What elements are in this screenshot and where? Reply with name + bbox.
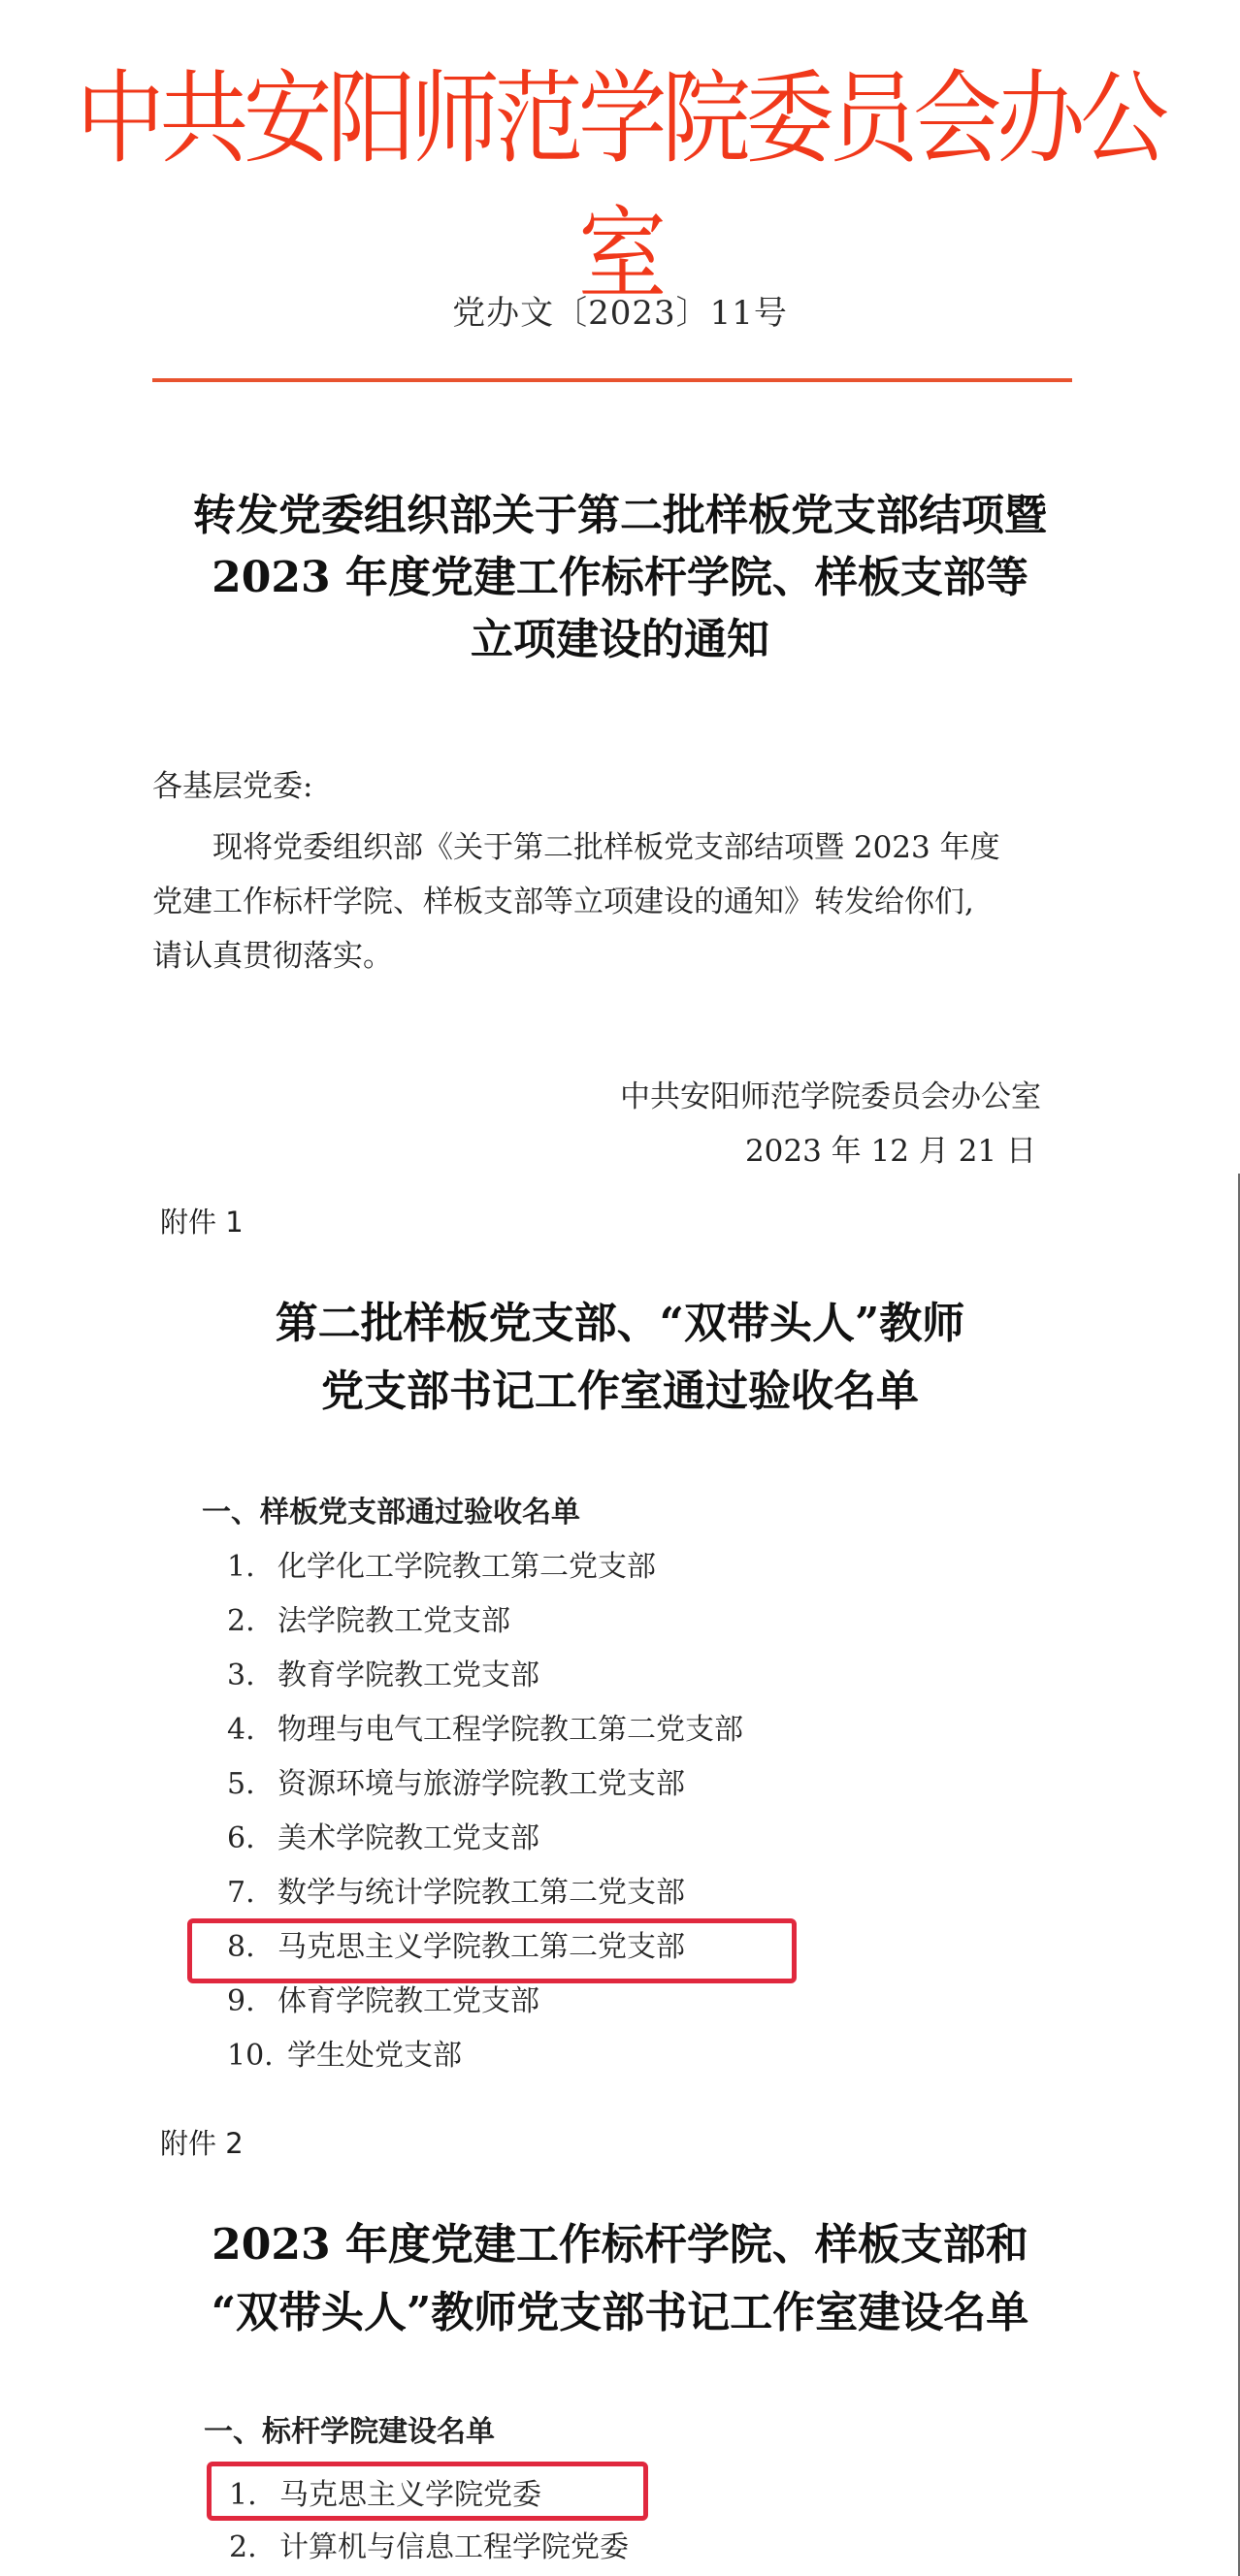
attachment-1-list: 1.化学化工学院教工第二党支部 2.法学院教工党支部 3.教育学院教工党支部 4… — [227, 1540, 743, 2083]
list-item: 7.数学与统计学院教工第二党支部 — [227, 1866, 743, 1920]
issuer-masthead: 中共安阳师范学院委员会办公室 — [75, 50, 1166, 322]
notice-title-line: 立项建设的通知 — [0, 609, 1240, 671]
item-number: 6. — [227, 1812, 277, 1866]
item-name: 资源环境与旅游学院教工党支部 — [277, 1767, 685, 1801]
attachment-title-line: “双带头人”教师党支部书记工作室建设名单 — [0, 2279, 1240, 2347]
item-number: 2. — [229, 2522, 279, 2574]
item-name: 数学与统计学院教工第二党支部 — [277, 1876, 685, 1910]
list-item: 6.美术学院教工党支部 — [227, 1812, 743, 1866]
notice-title: 转发党委组织部关于第二批样板党支部结项暨 2023 年度党建工作标杆学院、样板支… — [0, 485, 1240, 671]
item-number: 1. — [227, 1540, 277, 1594]
item-name: 学生处党支部 — [287, 2039, 462, 2073]
body-line: 现将党委组织部《关于第二批样板党支部结项暨 2023 年度 — [152, 821, 1084, 875]
list-item: 2.计算机与信息工程学院党委 — [229, 2522, 629, 2574]
signature-org: 中共安阳师范学院委员会办公室 — [620, 1075, 1041, 1119]
item-name: 化学化工学院教工第二党支部 — [277, 1550, 656, 1584]
item-number: 10. — [227, 2029, 287, 2083]
list-item: 1.化学化工学院教工第二党支部 — [227, 1540, 743, 1594]
list-item: 2.法学院教工党支部 — [227, 1594, 743, 1649]
document-number: 党办文〔2023〕11号 — [0, 289, 1240, 338]
item-number: 8. — [227, 1920, 277, 1975]
item-name: 教育学院教工党支部 — [277, 1658, 539, 1692]
item-number: 5. — [227, 1757, 277, 1812]
attachment-1-title: 第二批样板党支部、“双带头人”教师 党支部书记工作室通过验收名单 — [0, 1290, 1240, 1426]
red-divider — [152, 378, 1072, 382]
item-number: 9. — [227, 1975, 277, 2029]
item-name: 美术学院教工党支部 — [277, 1821, 539, 1855]
item-number: 7. — [227, 1866, 277, 1920]
body-line: 请认真贯彻落实。 — [152, 929, 1084, 983]
body-line: 党建工作标杆学院、样板支部等立项建设的通知》转发给你们, — [152, 875, 1084, 929]
list-item: 9.体育学院教工党支部 — [227, 1975, 743, 2029]
body-paragraph: 现将党委组织部《关于第二批样板党支部结项暨 2023 年度 党建工作标杆学院、样… — [152, 821, 1084, 983]
salutation: 各基层党委: — [152, 764, 312, 809]
attachment-title-line: 党支部书记工作室通过验收名单 — [0, 1358, 1240, 1426]
item-number: 2. — [227, 1594, 277, 1649]
list-item-highlighted: 1.马克思主义学院党委 — [229, 2469, 629, 2522]
item-number: 4. — [227, 1703, 277, 1757]
attachment-1-section-heading: 一、样板党支部通过验收名单 — [202, 1492, 580, 1534]
attachment-2-label: 附件 2 — [160, 2124, 244, 2163]
item-name: 法学院教工党支部 — [277, 1604, 510, 1638]
item-number: 3. — [227, 1649, 277, 1703]
item-name: 马克思主义学院党委 — [279, 2478, 541, 2512]
list-item: 5.资源环境与旅游学院教工党支部 — [227, 1757, 743, 1812]
attachment-title-line: 第二批样板党支部、“双带头人”教师 — [0, 1290, 1240, 1358]
attachment-title-line: 2023 年度党建工作标杆学院、样板支部和 — [0, 2211, 1240, 2279]
notice-title-line: 2023 年度党建工作标杆学院、样板支部等 — [0, 547, 1240, 609]
list-item-highlighted: 8.马克思主义学院教工第二党支部 — [227, 1920, 743, 1975]
attachment-2-list: 1.马克思主义学院党委 2.计算机与信息工程学院党委 — [229, 2469, 629, 2574]
attachment-2-section-heading: 一、标杆学院建设名单 — [204, 2411, 495, 2454]
list-item: 4.物理与电气工程学院教工第二党支部 — [227, 1703, 743, 1757]
item-name: 马克思主义学院教工第二党支部 — [277, 1930, 685, 1964]
item-name: 体育学院教工党支部 — [277, 1984, 539, 2018]
item-number: 1. — [229, 2469, 279, 2522]
signature-date: 2023 年 12 月 21 日 — [745, 1129, 1036, 1174]
item-name: 计算机与信息工程学院党委 — [279, 2530, 629, 2564]
notice-title-line: 转发党委组织部关于第二批样板党支部结项暨 — [0, 485, 1240, 547]
item-name: 物理与电气工程学院教工第二党支部 — [277, 1713, 743, 1747]
attachment-1-label: 附件 1 — [160, 1203, 244, 1241]
list-item: 10.学生处党支部 — [227, 2029, 743, 2083]
attachment-2-title: 2023 年度党建工作标杆学院、样板支部和 “双带头人”教师党支部书记工作室建设… — [0, 2211, 1240, 2347]
list-item: 3.教育学院教工党支部 — [227, 1649, 743, 1703]
